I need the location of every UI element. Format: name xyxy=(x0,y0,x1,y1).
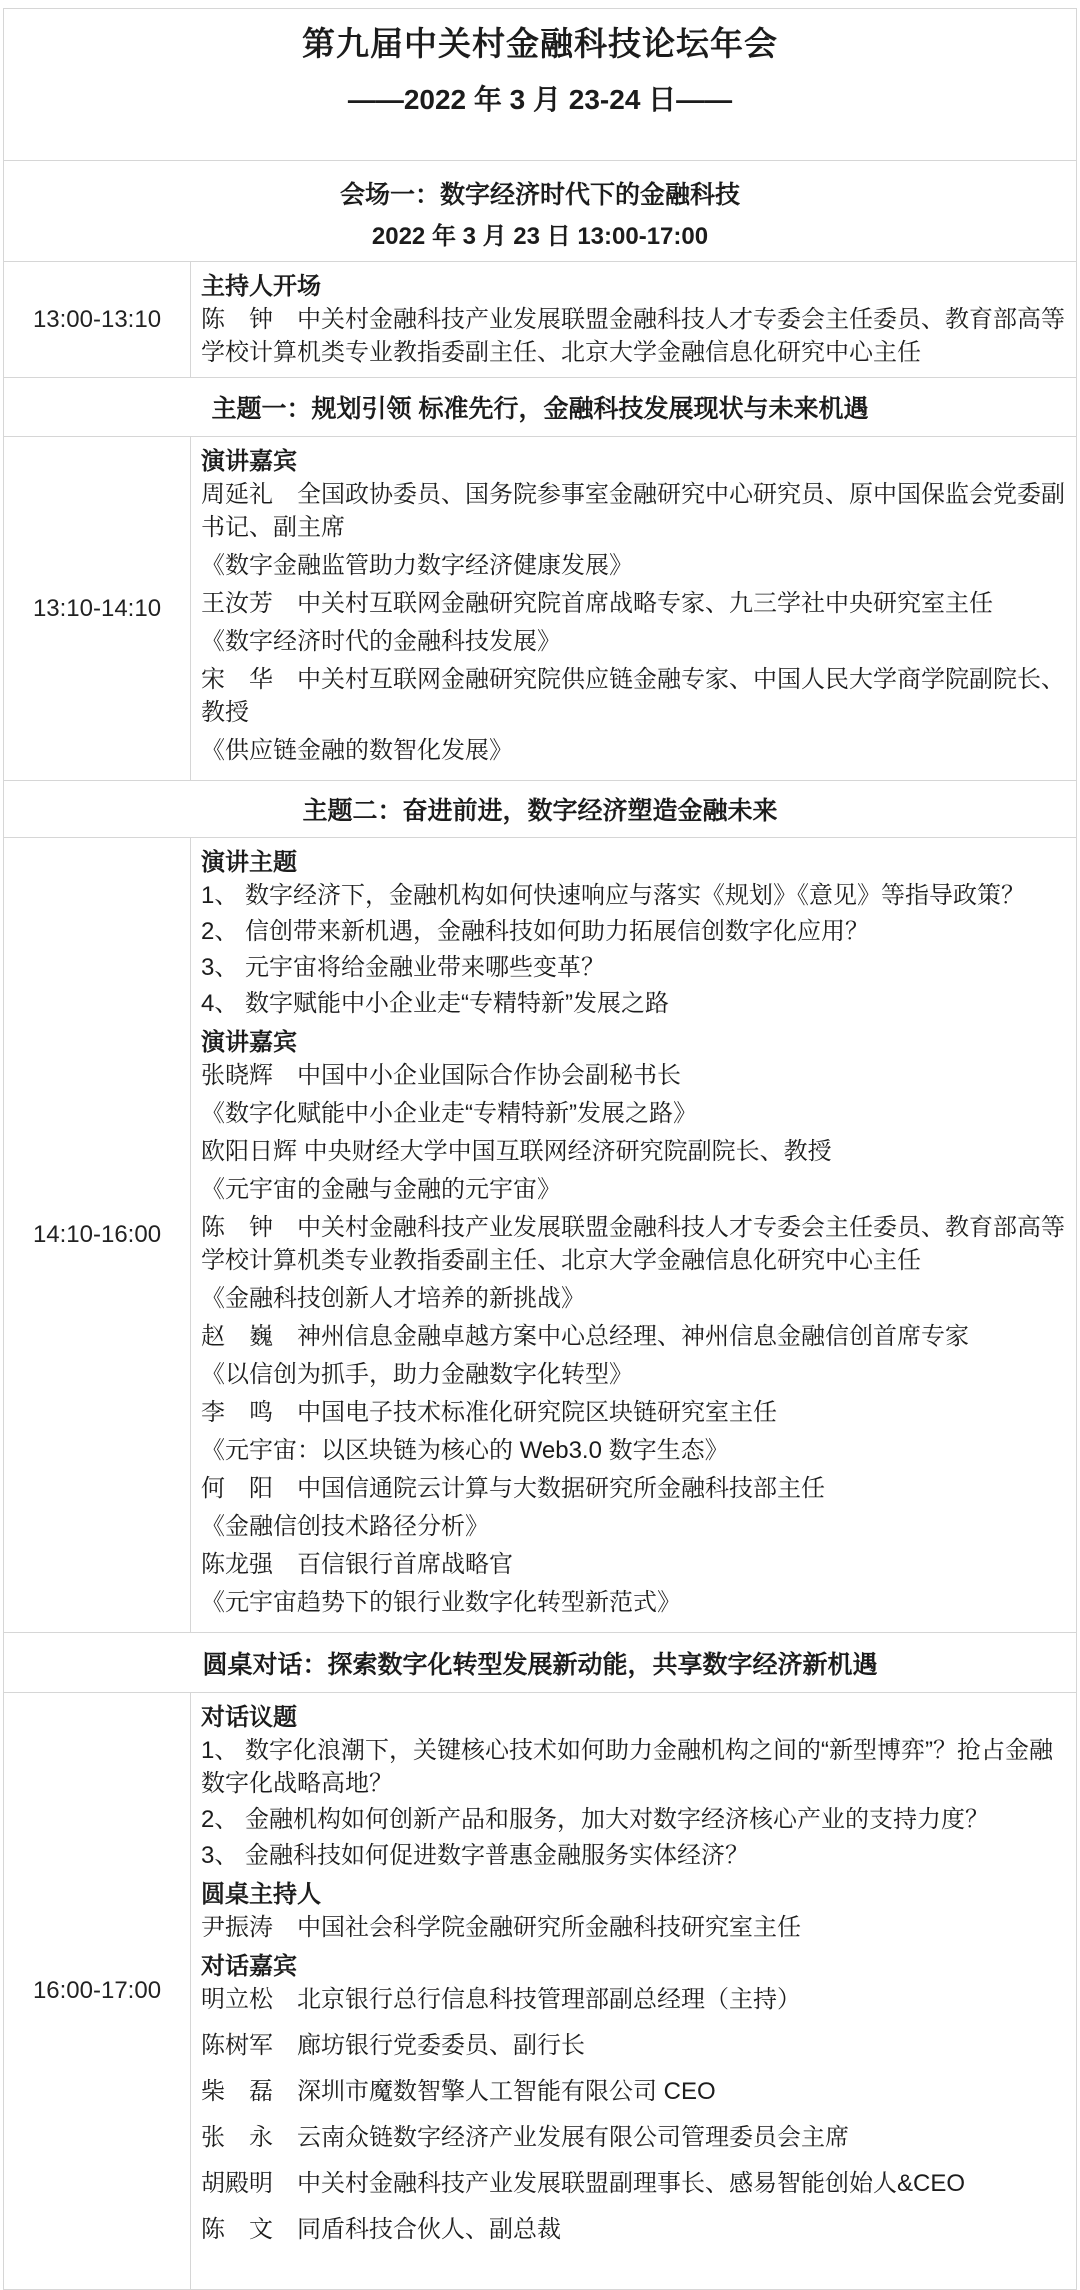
schedule-slot-row: 13:10-14:10演讲嘉宾周延礼 全国政协委员、国务院参事室金融研究中心研究… xyxy=(4,437,1076,781)
section-header: 主题一：规划引领 标准先行，金融科技发展现状与未来机遇 xyxy=(4,378,1076,437)
speaker-line: 宋 华 中关村互联网金融研究院供应链金融专家、中国人民大学商学院副院长、教授 xyxy=(201,663,1068,729)
speaker-line: 赵 巍 神州信息金融卓越方案中心总经理、神州信息金融信创首席专家 xyxy=(201,1320,1068,1353)
topic-line: 2、 金融机构如何创新产品和服务，加大对数字经济核心产业的支持力度？ xyxy=(201,1803,1068,1836)
section-header: 主题二：奋进前进，数字经济塑造金融未来 xyxy=(4,781,1076,838)
guest-line: 陈树军 廊坊银行党委委员、副行长 xyxy=(201,2029,1068,2062)
topic-line: 2、 信创带来新机遇，金融科技如何助力拓展信创数字化应用？ xyxy=(201,915,1068,948)
document-date-range: ——2022 年 3 月 23-24 日—— xyxy=(4,81,1076,119)
slot-time: 14:10-16:00 xyxy=(4,838,191,1632)
speaker-line: 陈 钟 中关村金融科技产业发展联盟金融科技人才专委会主任委员、教育部高等学校计算… xyxy=(201,1211,1068,1277)
agenda-table: 第九届中关村金融科技论坛年会 ——2022 年 3 月 23-24 日—— 会场… xyxy=(3,8,1077,2290)
section-header: 圆桌对话：探索数字化转型发展新动能，共享数字经济新机遇 xyxy=(4,1633,1076,1693)
schedule-slot-row: 14:10-16:00演讲主题1、 数字经济下，金融机构如何快速响应与落实《规划… xyxy=(4,838,1076,1633)
slot-content: 演讲嘉宾周延礼 全国政协委员、国务院参事室金融研究中心研究员、原中国保监会党委副… xyxy=(191,437,1076,780)
speaker-line: 陈 钟 中关村金融科技产业发展联盟金融科技人才专委会主任委员、教育部高等学校计算… xyxy=(201,303,1068,369)
talk-title-line: 《以信创为抓手，助力金融数字化转型》 xyxy=(201,1358,1068,1391)
speaker-line: 李 鸣 中国电子技术标准化研究院区块链研究室主任 xyxy=(201,1396,1068,1429)
talk-title-line: 《元宇宙：以区块链为核心的 Web3.0 数字生态》 xyxy=(201,1434,1068,1467)
talk-title-line: 《供应链金融的数智化发展》 xyxy=(201,734,1068,767)
session-header: 会场一：数字经济时代下的金融科技 2022 年 3 月 23 日 13:00-1… xyxy=(4,161,1076,262)
slot-content: 演讲主题1、 数字经济下，金融机构如何快速响应与落实《规划》《意见》等指导政策？… xyxy=(191,838,1076,1632)
talk-title-line: 《元宇宙趋势下的银行业数字化转型新范式》 xyxy=(201,1586,1068,1619)
schedule-slot-row: 13:00-13:10主持人开场陈 钟 中关村金融科技产业发展联盟金融科技人才专… xyxy=(4,262,1076,378)
guest-line: 胡殿明 中关村金融科技产业发展联盟副理事长、感易智能创始人&CEO xyxy=(201,2167,1068,2200)
speaker-line: 周延礼 全国政协委员、国务院参事室金融研究中心研究员、原中国保监会党委副书记、副… xyxy=(201,478,1068,544)
speaker-line: 欧阳日辉 中央财经大学中国互联网经济研究院副院长、教授 xyxy=(201,1135,1068,1168)
content-heading: 圆桌主持人 xyxy=(201,1878,1068,1911)
content-heading: 演讲嘉宾 xyxy=(201,445,1068,478)
session-datetime: 2022 年 3 月 23 日 13:00-17:00 xyxy=(4,219,1076,255)
topic-line: 4、 数字赋能中小企业走“专精特新”发展之路 xyxy=(201,987,1068,1020)
talk-title-line: 《金融信创技术路径分析》 xyxy=(201,1510,1068,1543)
schedule-body: 13:00-13:10主持人开场陈 钟 中关村金融科技产业发展联盟金融科技人才专… xyxy=(4,262,1076,2289)
talk-title-line: 《元宇宙的金融与金融的元宇宙》 xyxy=(201,1173,1068,1206)
talk-title-line: 《金融科技创新人才培养的新挑战》 xyxy=(201,1282,1068,1315)
slot-content: 对话议题1、 数字化浪潮下，关键核心技术如何助力金融机构之间的“新型博弈”？抢占… xyxy=(191,1693,1076,2289)
topic-line: 1、 数字经济下，金融机构如何快速响应与落实《规划》《意见》等指导政策？ xyxy=(201,879,1068,912)
speaker-line: 张晓辉 中国中小企业国际合作协会副秘书长 xyxy=(201,1059,1068,1092)
talk-title-line: 《数字化赋能中小企业走“专精特新”发展之路》 xyxy=(201,1097,1068,1130)
content-heading: 演讲嘉宾 xyxy=(201,1026,1068,1059)
talk-title-line: 《数字金融监管助力数字经济健康发展》 xyxy=(201,549,1068,582)
content-heading: 演讲主题 xyxy=(201,846,1068,879)
content-heading: 对话议题 xyxy=(201,1701,1068,1734)
content-heading: 主持人开场 xyxy=(201,270,1068,303)
speaker-line: 王汝芳 中关村互联网金融研究院首席战略专家、九三学社中央研究室主任 xyxy=(201,587,1068,620)
slot-time: 13:00-13:10 xyxy=(4,262,191,377)
slot-time: 16:00-17:00 xyxy=(4,1693,191,2289)
topic-line: 3、 金融科技如何促进数字普惠金融服务实体经济？ xyxy=(201,1839,1068,1872)
slot-time: 13:10-14:10 xyxy=(4,437,191,780)
speaker-line: 陈龙强 百信银行首席战略官 xyxy=(201,1548,1068,1581)
topic-line: 1、 数字化浪潮下，关键核心技术如何助力金融机构之间的“新型博弈”？抢占金融数字… xyxy=(201,1734,1068,1800)
guest-line: 明立松 北京银行总行信息科技管理部副总经理（主持） xyxy=(201,1983,1068,2016)
page-title: 第九届中关村金融科技论坛年会 xyxy=(4,23,1076,65)
guest-line: 张 永 云南众链数字经济产业发展有限公司管理委员会主席 xyxy=(201,2121,1068,2154)
session-title: 会场一：数字经济时代下的金融科技 xyxy=(4,177,1076,213)
document-header: 第九届中关村金融科技论坛年会 ——2022 年 3 月 23-24 日—— xyxy=(4,9,1076,161)
guest-line: 陈 文 同盾科技合伙人、副总裁 xyxy=(201,2213,1068,2246)
speaker-line: 何 阳 中国信通院云计算与大数据研究所金融科技部主任 xyxy=(201,1472,1068,1505)
talk-title-line: 《数字经济时代的金融科技发展》 xyxy=(201,625,1068,658)
speaker-line: 尹振涛 中国社会科学院金融研究所金融科技研究室主任 xyxy=(201,1911,1068,1944)
content-heading: 对话嘉宾 xyxy=(201,1950,1068,1983)
guest-line: 柴 磊 深圳市魔数智擎人工智能有限公司 CEO xyxy=(201,2075,1068,2108)
schedule-slot-row: 16:00-17:00对话议题1、 数字化浪潮下，关键核心技术如何助力金融机构之… xyxy=(4,1693,1076,2289)
slot-content: 主持人开场陈 钟 中关村金融科技产业发展联盟金融科技人才专委会主任委员、教育部高… xyxy=(191,262,1076,377)
topic-line: 3、 元宇宙将给金融业带来哪些变革？ xyxy=(201,951,1068,984)
